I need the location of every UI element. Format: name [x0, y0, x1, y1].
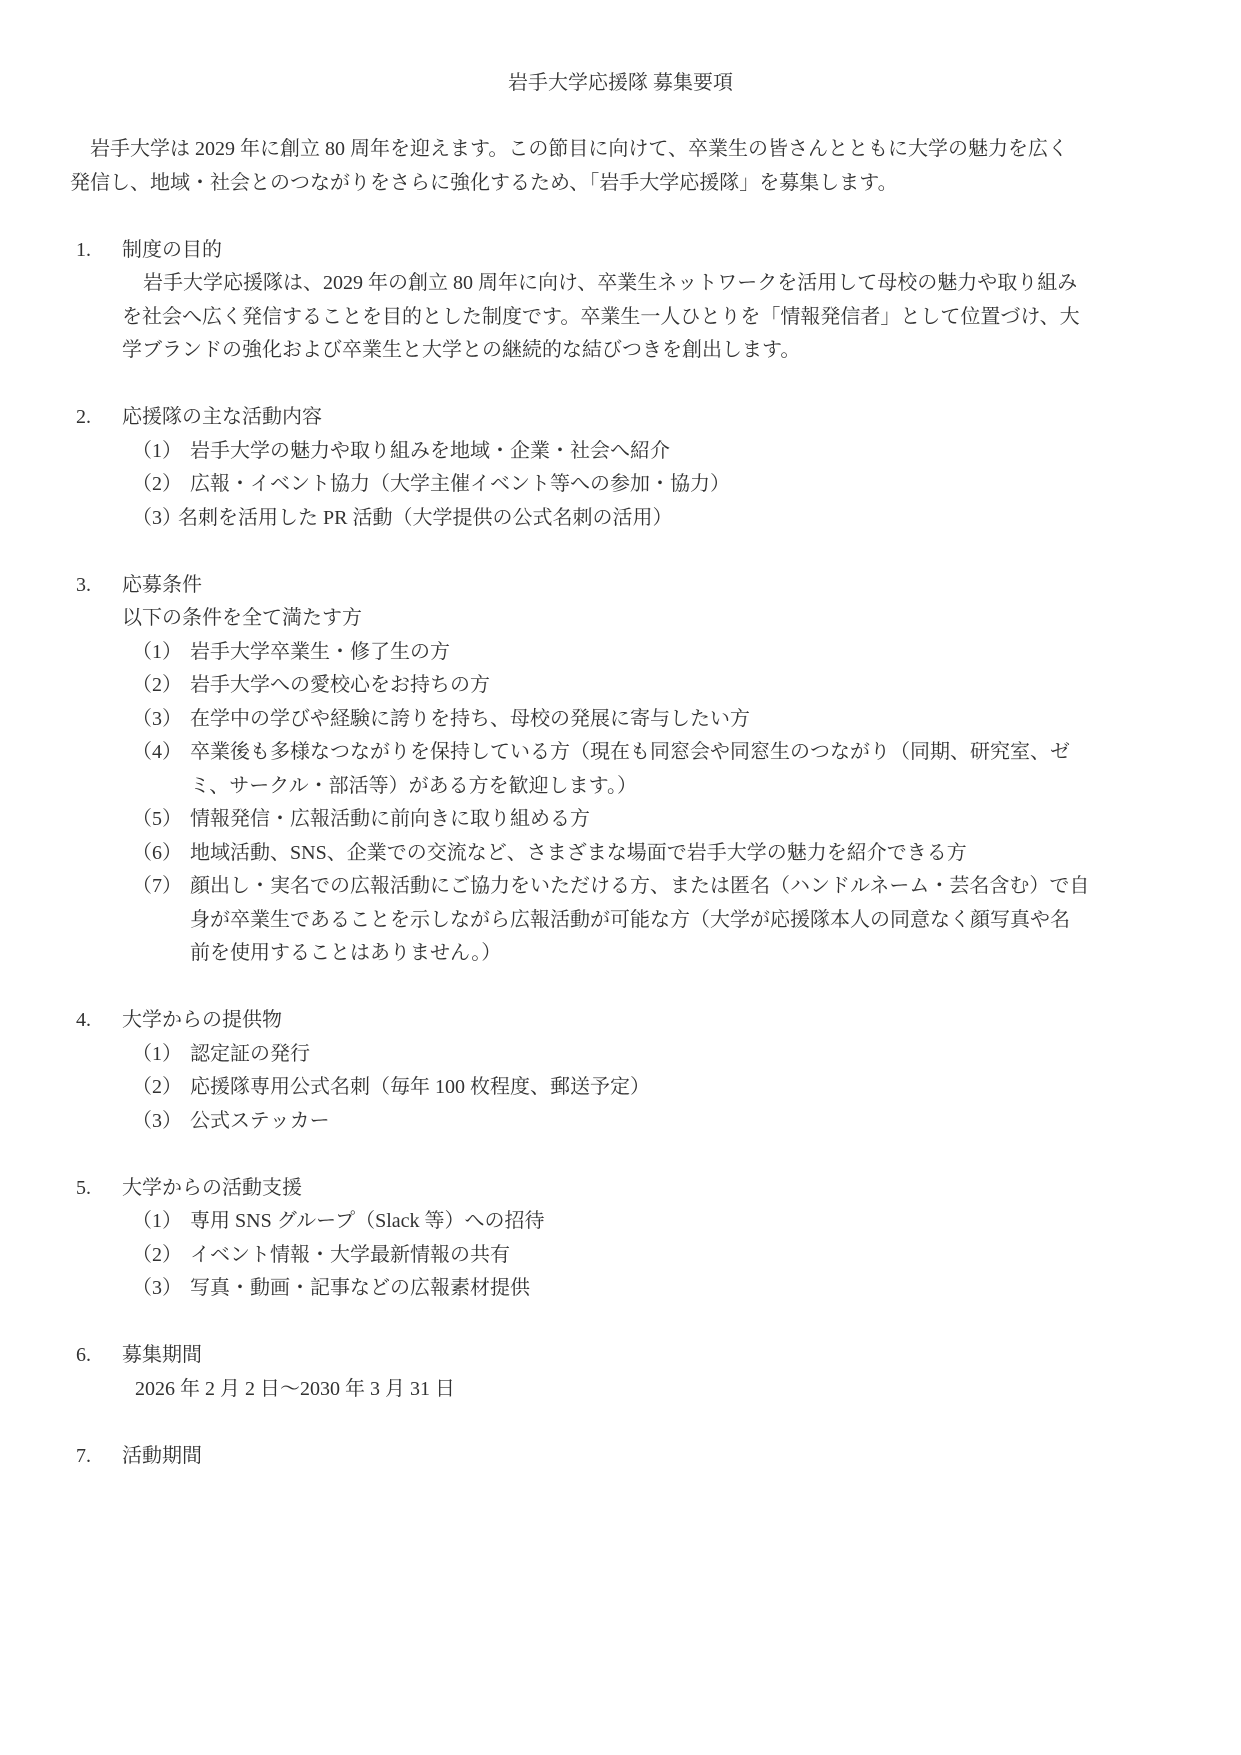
item-marker: （6）: [132, 837, 190, 871]
item-text: 岩手大学の魅力や取り組みを地域・企業・社会へ紹介: [190, 440, 670, 462]
body-line: を社会へ広く発信することを目的とした制度です。卒業生一人ひとりを「情報発信者」と…: [122, 301, 1241, 335]
intro-line: 岩手大学は 2029 年に創立 80 周年を迎えます。この節目に向けて、卒業生の…: [90, 133, 1241, 167]
list-item: （4）卒業後も多様なつながりを保持している方（現在も同窓会や同窓生のつながり（同…: [0, 736, 1241, 770]
item-text: 情報発信・広報活動に前向きに取り組める方: [190, 808, 590, 830]
body-line: 2026 年 2 月 2 日～2030 年 3 月 31 日: [135, 1373, 1241, 1407]
section: 6.募集期間2026 年 2 月 2 日～2030 年 3 月 31 日: [0, 1339, 1241, 1406]
item-text: 広報・イベント協力（大学主催イベント等への参加・協力）: [190, 473, 730, 495]
intro-line: 発信し、地域・社会とのつながりをさらに強化するため、「岩手大学応援隊」を募集しま…: [70, 167, 1241, 201]
section-heading: 大学からの提供物: [122, 1009, 282, 1031]
section-heading: 制度の目的: [122, 239, 222, 261]
document-page: 岩手大学応援隊 募集要項 岩手大学は 2029 年に創立 80 周年を迎えます。…: [0, 0, 1241, 1755]
section-heading-line: 7.活動期間: [0, 1440, 1241, 1474]
page-title: 岩手大学応援隊 募集要項: [0, 66, 1241, 100]
list-item: （2）岩手大学への愛校心をお持ちの方: [0, 669, 1241, 703]
section-heading-line: 3.応募条件: [0, 569, 1241, 603]
list-item: （3）公式ステッカー: [0, 1105, 1241, 1139]
item-marker: （1）: [132, 636, 190, 670]
item-marker: （2）: [132, 1071, 190, 1105]
item-marker: （3）: [132, 1105, 190, 1139]
section-heading: 応募条件: [122, 574, 202, 596]
section-number: 5.: [76, 1172, 122, 1206]
body-line: 岩手大学応援隊は、2029 年の創立 80 周年に向け、卒業生ネットワークを活用…: [143, 267, 1241, 301]
item-continuation-line: 身が卒業生であることを示しながら広報活動が可能な方（大学が応援隊本人の同意なく顔…: [190, 904, 1241, 938]
item-text: 公式ステッカー: [190, 1110, 330, 1132]
list-item: （1）岩手大学卒業生・修了生の方: [0, 636, 1241, 670]
list-item: （2）広報・イベント協力（大学主催イベント等への参加・協力）: [0, 468, 1241, 502]
item-marker: （1）: [132, 1205, 190, 1239]
item-text: 応援隊専用公式名刺（毎年 100 枚程度、郵送予定）: [190, 1076, 650, 1098]
body-line: 学ブランドの強化および卒業生と大学との継続的な結びつきを創出します。: [122, 334, 1241, 368]
section: 1.制度の目的岩手大学応援隊は、2029 年の創立 80 周年に向け、卒業生ネッ…: [0, 234, 1241, 368]
item-marker: （4）: [132, 736, 190, 770]
list-item: （6）地域活動、SNS、企業での交流など、さまざまな場面で岩手大学の魅力を紹介で…: [0, 837, 1241, 871]
section-number: 1.: [76, 234, 122, 268]
item-marker: （2）: [132, 669, 190, 703]
section-number: 7.: [76, 1440, 122, 1474]
list-item: （1）認定証の発行: [0, 1038, 1241, 1072]
section-heading: 募集期間: [122, 1344, 202, 1366]
section-number: 3.: [76, 569, 122, 603]
item-text: 名刺を活用した PR 活動（大学提供の公式名刺の活用）: [178, 507, 672, 529]
item-text: 卒業後も多様なつながりを保持している方（現在も同窓会や同窓生のつながり（同期、研…: [190, 741, 1070, 763]
item-text: 岩手大学卒業生・修了生の方: [190, 641, 450, 663]
section-heading-line: 6.募集期間: [0, 1339, 1241, 1373]
intro-paragraph: 岩手大学は 2029 年に創立 80 周年を迎えます。この節目に向けて、卒業生の…: [0, 133, 1241, 200]
item-text: 専用 SNS グループ（Slack 等）への招待: [190, 1210, 545, 1232]
list-item: （5）情報発信・広報活動に前向きに取り組める方: [0, 803, 1241, 837]
list-item: （1）岩手大学の魅力や取り組みを地域・企業・社会へ紹介: [0, 435, 1241, 469]
item-text: イベント情報・大学最新情報の共有: [190, 1244, 510, 1266]
item-marker: （2）: [132, 468, 190, 502]
list-item: （3）名刺を活用した PR 活動（大学提供の公式名刺の活用）: [0, 502, 1241, 536]
section-heading-line: 4.大学からの提供物: [0, 1004, 1241, 1038]
list-item: （3）在学中の学びや経験に誇りを持ち、母校の発展に寄与したい方: [0, 703, 1241, 737]
body-line: 以下の条件を全て満たす方: [122, 602, 1241, 636]
item-text: 在学中の学びや経験に誇りを持ち、母校の発展に寄与したい方: [190, 708, 750, 730]
item-marker: （1）: [132, 435, 190, 469]
section-heading: 大学からの活動支援: [122, 1177, 302, 1199]
list-item: （2）イベント情報・大学最新情報の共有: [0, 1239, 1241, 1273]
item-text: 地域活動、SNS、企業での交流など、さまざまな場面で岩手大学の魅力を紹介できる方: [190, 842, 967, 864]
item-text: 顔出し・実名での広報活動にご協力をいただける方、または匿名（ハンドルネーム・芸名…: [190, 875, 1089, 897]
section-number: 2.: [76, 401, 122, 435]
item-text: 岩手大学への愛校心をお持ちの方: [190, 674, 490, 696]
item-continuation-line: ミ、サークル・部活等）がある方を歓迎します。）: [190, 770, 1241, 804]
section: 5.大学からの活動支援（1）専用 SNS グループ（Slack 等）への招待（2…: [0, 1172, 1241, 1306]
section-heading: 応援隊の主な活動内容: [122, 406, 322, 428]
item-marker: （5）: [132, 803, 190, 837]
section-heading-line: 5.大学からの活動支援: [0, 1172, 1241, 1206]
item-marker: （2）: [132, 1239, 190, 1273]
section: 4.大学からの提供物（1）認定証の発行（2）応援隊専用公式名刺（毎年 100 枚…: [0, 1004, 1241, 1138]
item-text: 認定証の発行: [190, 1043, 310, 1065]
list-item: （3）写真・動画・記事などの広報素材提供: [0, 1272, 1241, 1306]
list-item: （2）応援隊専用公式名刺（毎年 100 枚程度、郵送予定）: [0, 1071, 1241, 1105]
item-marker: （3）: [132, 1272, 190, 1306]
section-heading-line: 2.応援隊の主な活動内容: [0, 401, 1241, 435]
item-marker: （7）: [132, 870, 190, 904]
section: 3.応募条件以下の条件を全て満たす方（1）岩手大学卒業生・修了生の方（2）岩手大…: [0, 569, 1241, 971]
item-continuation-line: 前を使用することはありません。）: [190, 937, 1241, 971]
section-number: 6.: [76, 1339, 122, 1373]
section: 7.活動期間: [0, 1440, 1241, 1474]
section: 2.応援隊の主な活動内容（1）岩手大学の魅力や取り組みを地域・企業・社会へ紹介（…: [0, 401, 1241, 535]
item-marker: （3）: [132, 502, 178, 536]
sections-container: 1.制度の目的岩手大学応援隊は、2029 年の創立 80 周年に向け、卒業生ネッ…: [0, 234, 1241, 1474]
item-text: 写真・動画・記事などの広報素材提供: [190, 1277, 530, 1299]
list-item: （7）顔出し・実名での広報活動にご協力をいただける方、または匿名（ハンドルネーム…: [0, 870, 1241, 904]
section-heading-line: 1.制度の目的: [0, 234, 1241, 268]
section-number: 4.: [76, 1004, 122, 1038]
item-marker: （3）: [132, 703, 190, 737]
list-item: （1）専用 SNS グループ（Slack 等）への招待: [0, 1205, 1241, 1239]
section-heading: 活動期間: [122, 1445, 202, 1467]
item-marker: （1）: [132, 1038, 190, 1072]
